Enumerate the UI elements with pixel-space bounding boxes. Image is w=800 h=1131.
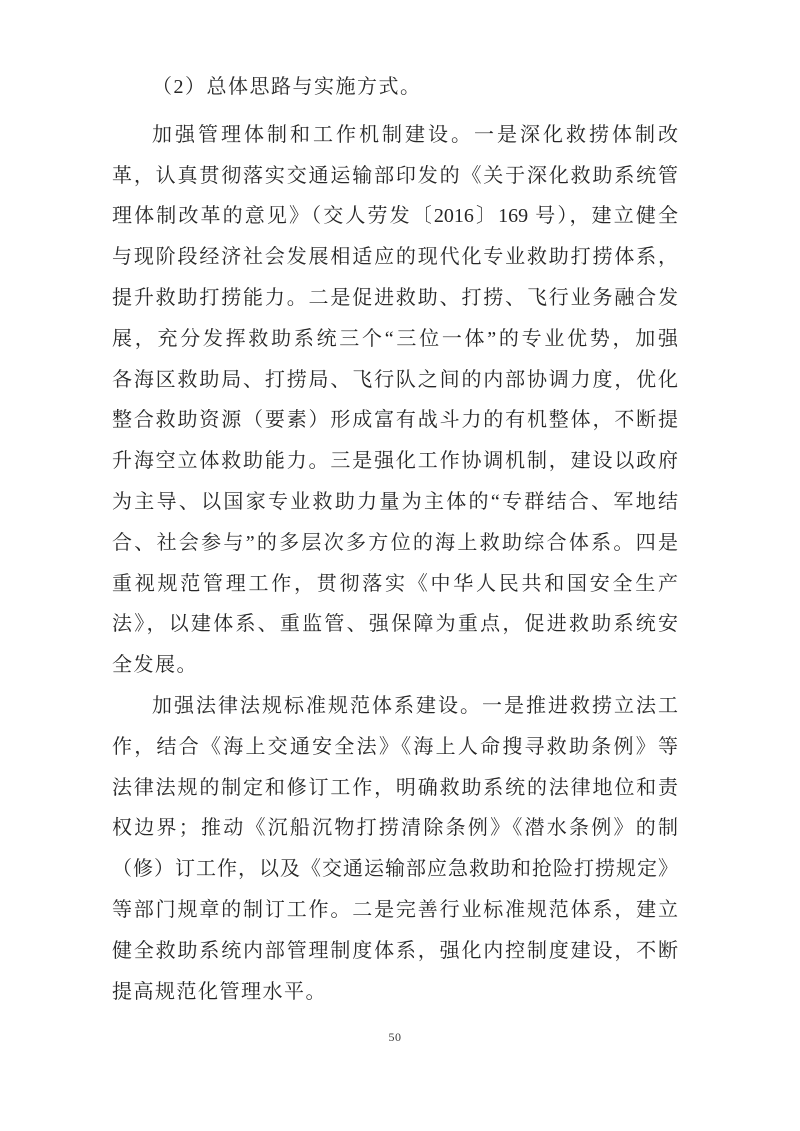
text-line: 升海空立体救助能力。三是强化工作协调机制，建设以政府 [112,441,678,482]
text-line: 提升救助打捞能力。二是促进救助、打捞、飞行业务融合发 [112,278,678,319]
section-heading: （2）总体思路与实施方式。 [112,67,678,108]
text-line: 加强法律法规标准规范体系建设。一是推进救捞立法工 [112,686,678,727]
paragraph: 加强法律法规标准规范体系建设。一是推进救捞立法工作，结合《海上交通安全法》《海上… [112,686,678,1012]
document-body: （2）总体思路与实施方式。加强管理体制和工作机制建设。一是深化救捞体制改革，认真… [112,67,678,1012]
text-line: 权边界；推动《沉船沉物打捞清除条例》《潜水条例》的制 [112,808,678,849]
document-page: （2）总体思路与实施方式。加强管理体制和工作机制建设。一是深化救捞体制改革，认真… [0,0,800,1131]
text-line: 法》，以建体系、重监管、强保障为重点，促进救助系统安 [112,604,678,645]
text-line: 整合救助资源（要素）形成富有战斗力的有机整体，不断提 [112,400,678,441]
text-line: 等部门规章的制订工作。二是完善行业标准规范体系，建立 [112,890,678,931]
text-line: 革，认真贯彻落实交通运输部印发的《关于深化救助系统管 [112,156,678,197]
text-line: （2）总体思路与实施方式。 [112,67,678,108]
text-line: 展，充分发挥救助系统三个“三位一体”的专业优势，加强 [112,319,678,360]
text-line: 与现阶段经济社会发展相适应的现代化专业救助打捞体系， [112,237,678,278]
paragraph: 加强管理体制和工作机制建设。一是深化救捞体制改革，认真贯彻落实交通运输部印发的《… [112,115,678,686]
text-line: 全发展。 [112,645,678,686]
text-line: 重视规范管理工作，贯彻落实《中华人民共和国安全生产 [112,564,678,605]
text-line: 合、社会参与”的多层次多方位的海上救助综合体系。四是 [112,523,678,564]
text-line: 各海区救助局、打捞局、飞行队之间的内部协调力度，优化 [112,360,678,401]
text-line: 理体制改革的意见》（交人劳发〔2016〕169 号），建立健全 [112,196,678,237]
page-number: 50 [112,1030,678,1044]
text-line: （修）订工作，以及《交通运输部应急救助和抢险打捞规定》 [112,849,678,890]
text-line: 法律法规的制定和修订工作，明确救助系统的法律地位和责 [112,768,678,809]
text-line: 提高规范化管理水平。 [112,972,678,1013]
text-line: 加强管理体制和工作机制建设。一是深化救捞体制改 [112,115,678,156]
text-line: 为主导、以国家专业救助力量为主体的“专群结合、军地结 [112,482,678,523]
text-line: 健全救助系统内部管理制度体系，强化内控制度建设，不断 [112,931,678,972]
text-line: 作，结合《海上交通安全法》《海上人命搜寻救助条例》等 [112,727,678,768]
